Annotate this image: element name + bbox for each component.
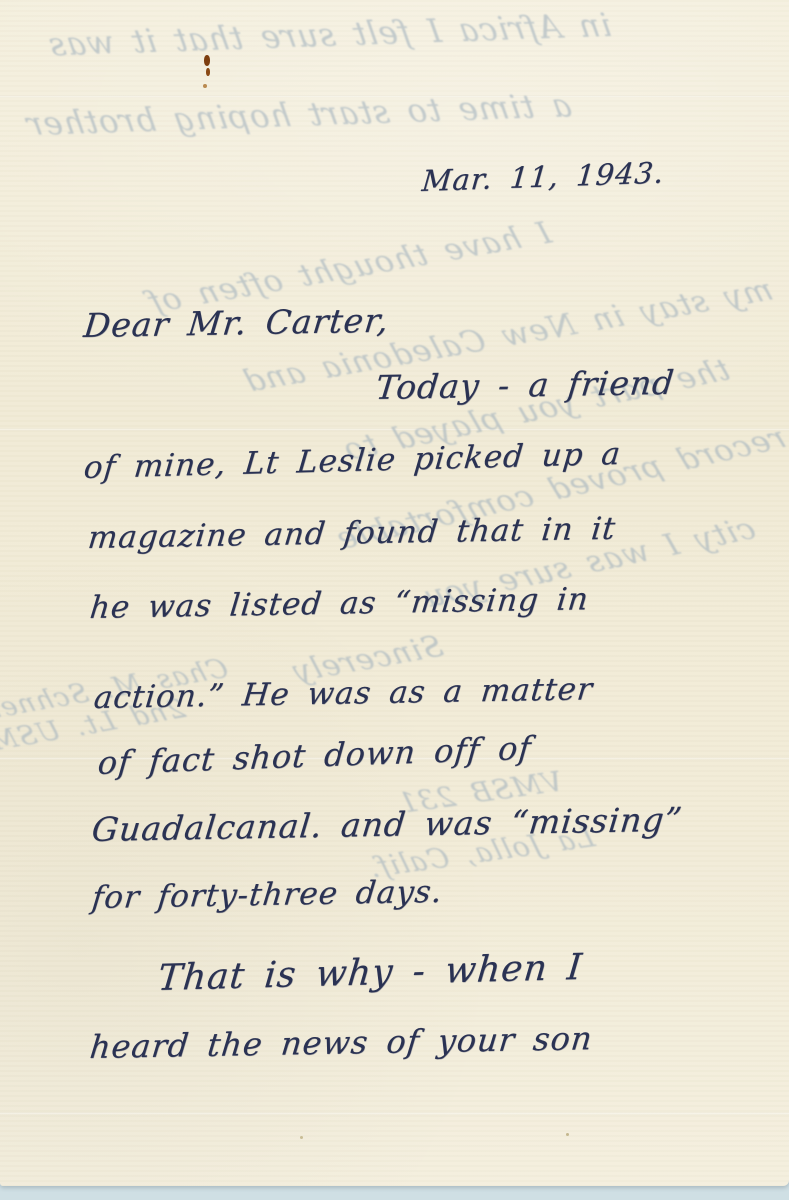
rust-fleck	[300, 1136, 303, 1139]
handwriting-line: Today - a friend	[374, 363, 677, 407]
rust-fleck	[204, 55, 210, 66]
bleed-through-line: in Africa I felt sure that it was	[45, 6, 614, 63]
handwriting-line: That is why - when I	[156, 947, 584, 999]
handwriting-line: he was listed as “missing in	[88, 581, 591, 626]
rust-fleck	[566, 1133, 569, 1136]
scanned-letter-page: { "document": { "kind": "handwritten let…	[0, 0, 789, 1200]
handwriting-line: of fact shot down off of	[96, 729, 533, 782]
letter-paper: in Africa I felt sure that it wasa time …	[0, 0, 789, 1186]
rust-fleck	[203, 84, 207, 88]
handwriting-line: action.” He was as a matter	[92, 671, 595, 716]
handwriting-line: Mar. 11, 1943.	[421, 155, 666, 198]
paper-crease	[0, 1112, 789, 1115]
handwriting-line: Dear Mr. Carter,	[82, 301, 391, 345]
handwriting-line: heard the news of your son	[88, 1019, 595, 1066]
handwriting-line: for forty-three days.	[90, 874, 444, 916]
rust-fleck	[206, 68, 210, 76]
handwriting-line: magazine and found that in it	[86, 511, 618, 556]
